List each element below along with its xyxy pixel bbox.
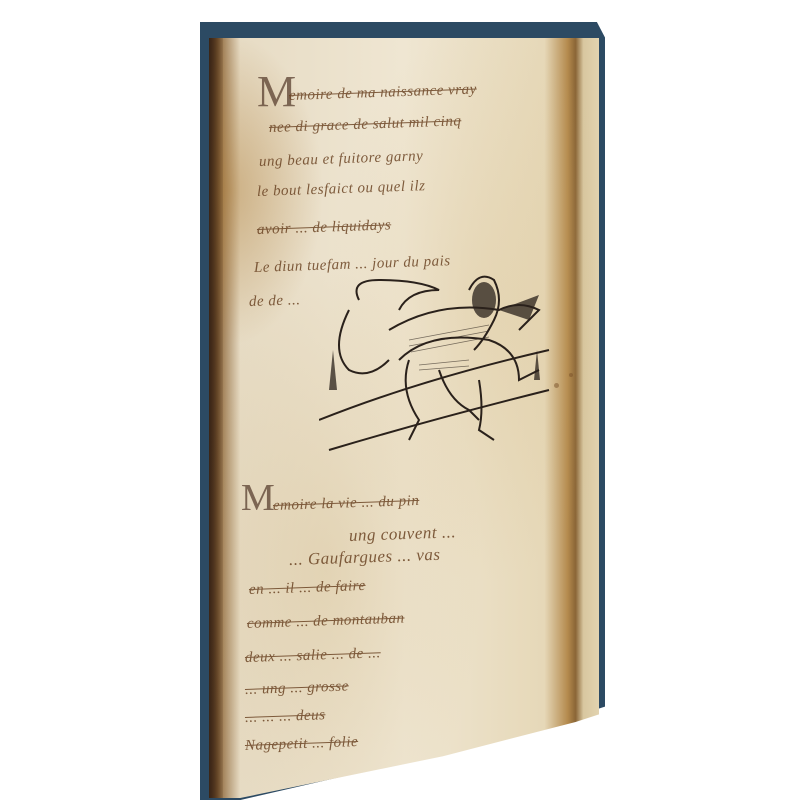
- foxing-spot: [569, 373, 573, 377]
- manuscript-page: M emoire de ma naissance vray nee di gra…: [209, 38, 599, 798]
- handwritten-line: deux ... salie ... de ...: [245, 645, 381, 667]
- handwritten-line: ... Gaufargues ... vas: [289, 545, 441, 570]
- handwritten-line: emoire la vie ... du pin: [273, 493, 420, 515]
- handwritten-line: avoir ... de liquidays: [257, 217, 392, 239]
- handwritten-line: de de ...: [249, 292, 301, 311]
- handwritten-line: en ... il ... de faire: [249, 578, 366, 599]
- initial-letter: M: [241, 476, 275, 520]
- foxing-spot: [554, 383, 559, 388]
- handwritten-line: Nagepetit ... folie: [245, 734, 359, 755]
- handwritten-line: ung couvent ...: [349, 522, 457, 546]
- handwritten-line: comme ... de montauban: [247, 611, 405, 633]
- handwritten-line: ... ... ... deus: [245, 707, 326, 727]
- spine-shadow: [209, 38, 223, 798]
- handwritten-line: emoire de ma naissance vray: [289, 81, 477, 105]
- handwritten-line: nee di grace de salut mil cinq: [269, 113, 462, 137]
- griffin-woodcut-icon: [319, 270, 559, 470]
- handwritten-line: ... ung ... grosse: [245, 678, 349, 699]
- handwritten-line: ung beau et fuitore garny: [259, 148, 424, 171]
- handwritten-line: le bout lesfaict ou quel ilz: [257, 178, 426, 201]
